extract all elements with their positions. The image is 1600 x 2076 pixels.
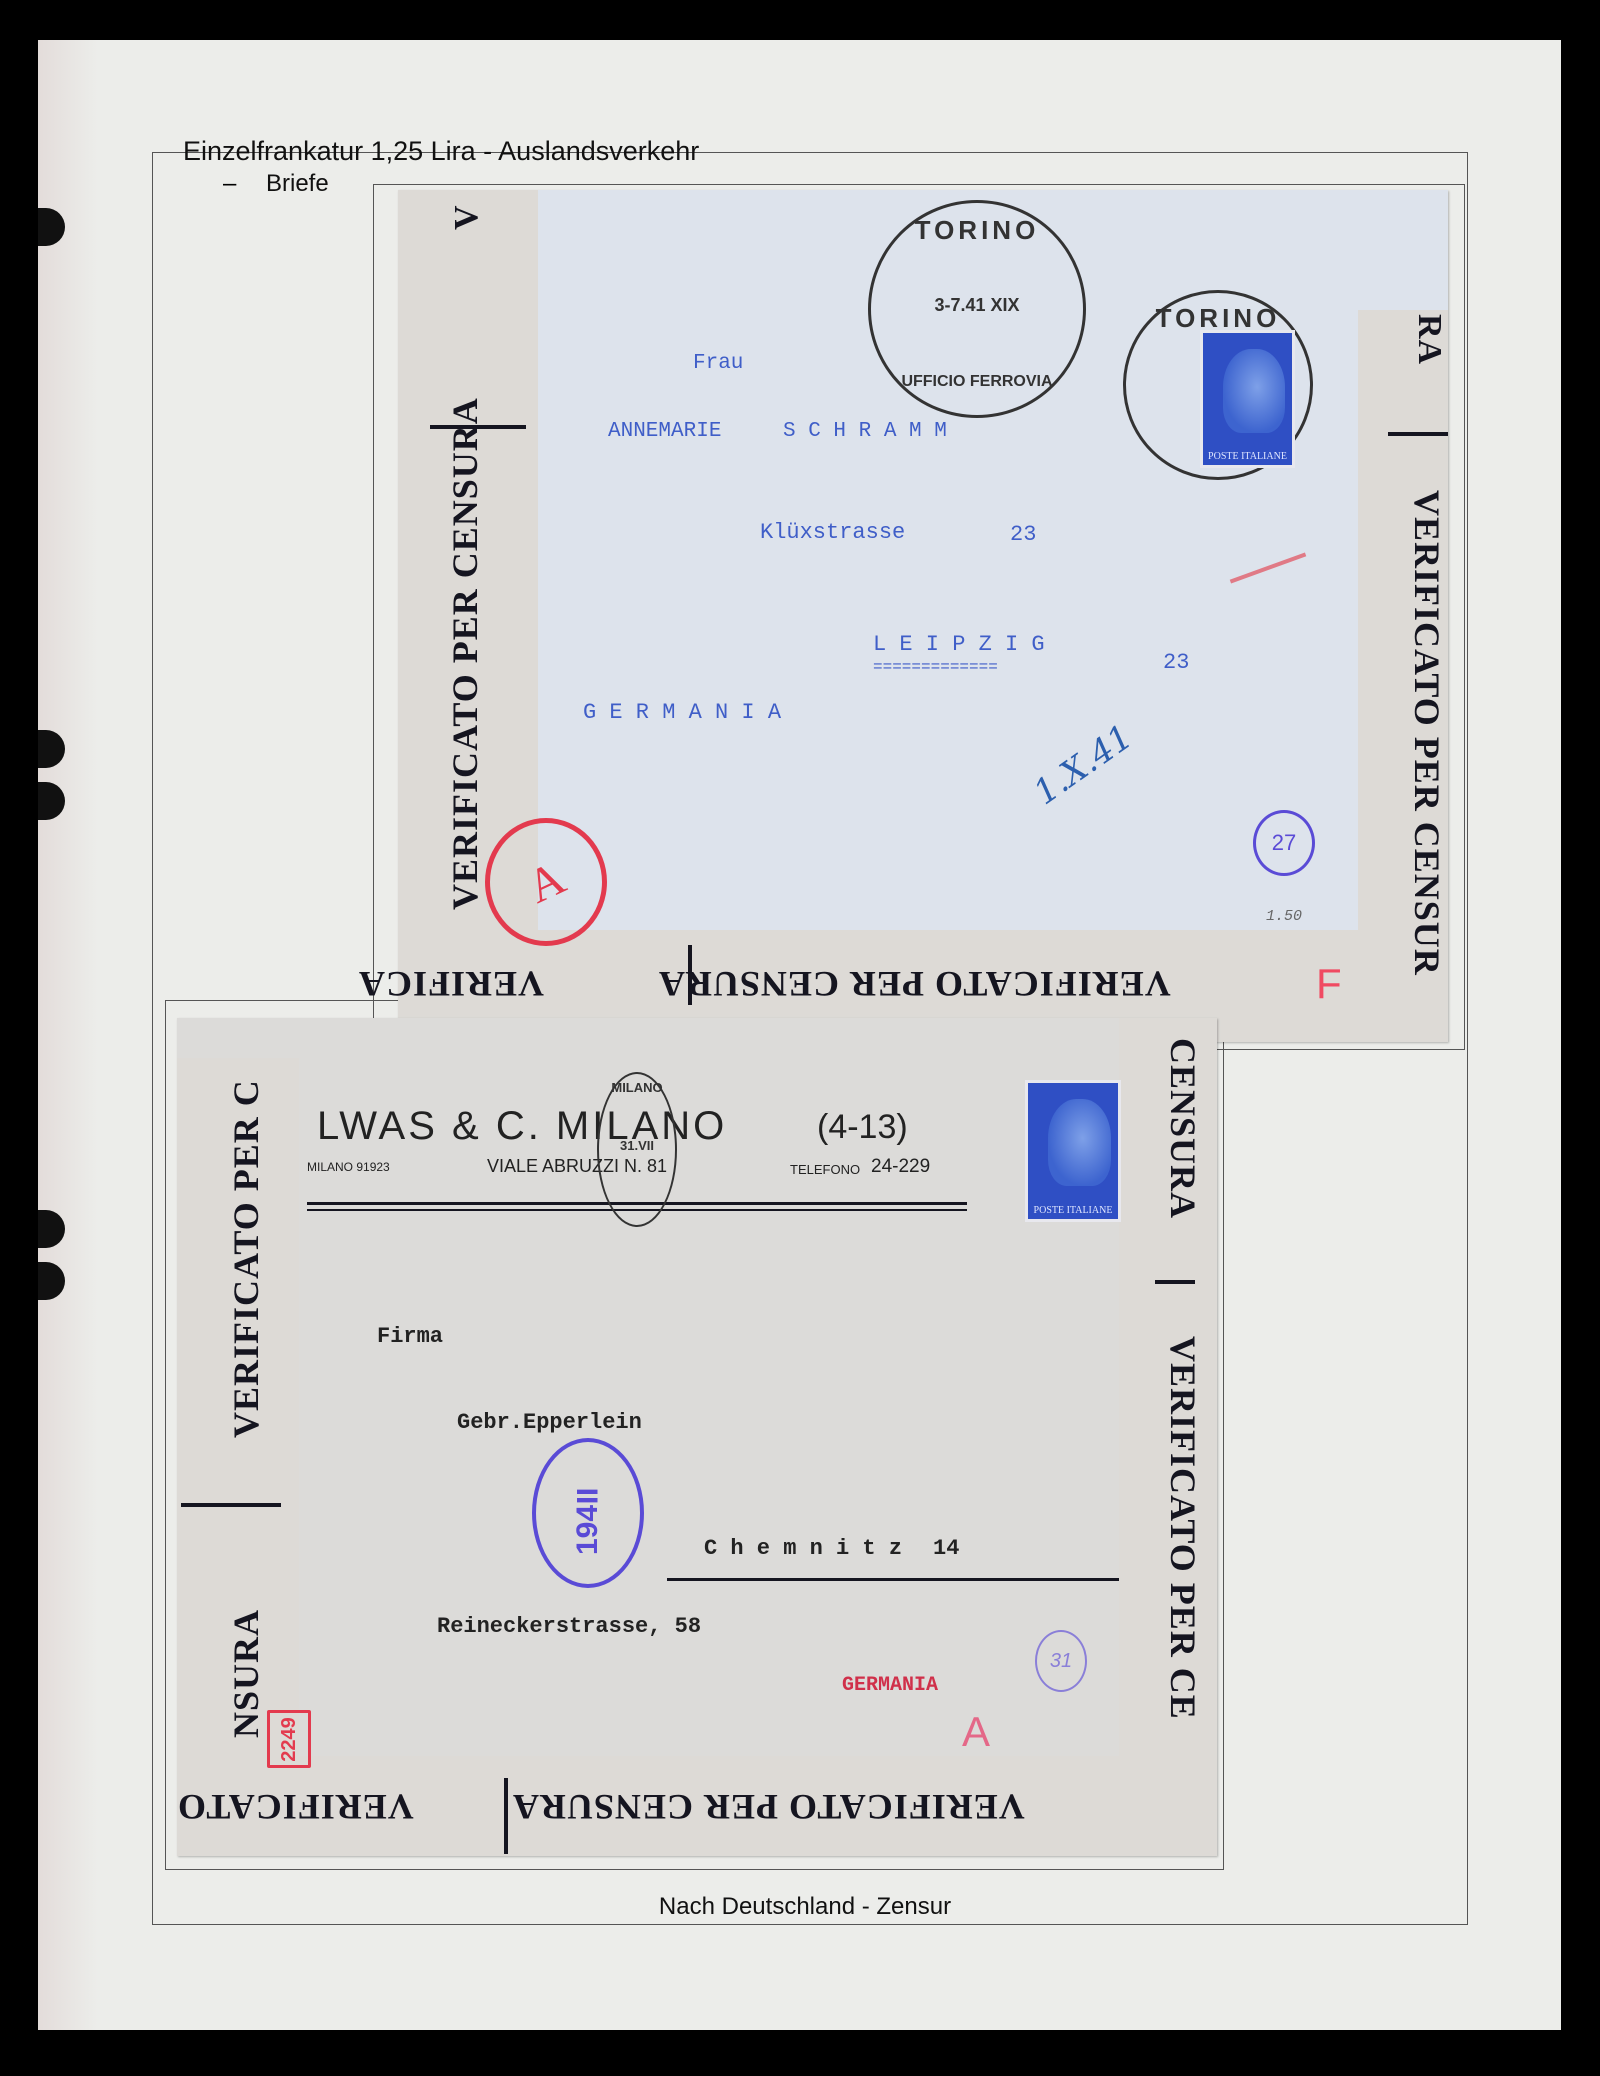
addr-company: Gebr.Epperlein (457, 1410, 642, 1435)
postmark-torino-ferrovia: TORINO 3-7.41 XIX UFFICIO FERROVIA (868, 200, 1086, 418)
addr-street: Reineckerstrasse, 58 (437, 1614, 701, 1639)
letterhead-phone-label: TELEFONO (790, 1162, 860, 1177)
addr-city-underline: ============= (873, 658, 998, 676)
censor-mark-red-circle: A (485, 818, 607, 946)
strip-divider (1388, 432, 1448, 436)
addr-city: L E I P Z I G (873, 632, 1045, 657)
censor-mark-31: 31 (1035, 1630, 1087, 1692)
strip-label: VERIFICATO PER CENSURA (658, 963, 1171, 1005)
envelope-1[interactable]: V VERIFICATO PER CENSURA RA VERIFICATO P… (398, 190, 1448, 1042)
addr-salutation: Firma (377, 1324, 443, 1349)
strip-divider (181, 1503, 281, 1507)
strip-label: CENSURA (1162, 1038, 1204, 1219)
handwritten-date: 1.X.41 (1027, 717, 1141, 813)
letterhead-left-info: MILANO 91923 (307, 1160, 390, 1174)
page-footer: Nach Deutschland - Zensur (0, 1893, 1600, 1921)
strip-label: VERIFICATO PER C (225, 1079, 267, 1438)
postage-stamp: POSTE ITALIANE (1025, 1080, 1121, 1222)
addr-postcode: 23 (1163, 650, 1189, 675)
addr-salutation: Frau (693, 352, 743, 375)
city-underline (667, 1578, 1119, 1581)
addr-name-last: S C H R A M M (783, 420, 947, 443)
addr-street-no: 23 (1010, 522, 1036, 547)
addr-postcode: 14 (933, 1536, 959, 1561)
censor-mark-27: 27 (1253, 810, 1315, 876)
addr-name-first: ANNEMARIE (608, 420, 721, 443)
envelope-2[interactable]: VERIFICATO PER C NSURA 2249 CENSURA VERI… (177, 1018, 1217, 1856)
addr-city: C h e m n i t z (704, 1536, 902, 1561)
strip-label: V (448, 204, 486, 230)
strip-label: VERIFICATO (177, 1786, 414, 1828)
postage-stamp: POSTE ITALIANE (1200, 330, 1295, 468)
strip-label: VERIFICATO PER CENSUR (1406, 490, 1448, 976)
addr-street: Klüxstrasse (760, 520, 905, 545)
red-letter-mark: A (962, 1708, 990, 1756)
postmark-milano: MILANO 31.VII (597, 1072, 677, 1227)
page-edge-tint (38, 40, 98, 2030)
pencil-price-note: 1.50 (1266, 908, 1302, 925)
strip-divider (504, 1778, 508, 1854)
addr-country: G E R M A N I A (583, 700, 781, 725)
strip-label: RA (1410, 314, 1448, 365)
strip-label: VERIFICATO PER CENSURA (444, 397, 486, 910)
letterhead-code: (4-13) (817, 1108, 908, 1147)
censor-mark-194: II 194 (532, 1438, 644, 1588)
censor-box-2249: 2249 (267, 1710, 311, 1768)
strip-label: VERIFICATO PER CE (1162, 1336, 1204, 1720)
red-pencil-mark (1230, 552, 1307, 583)
letterhead-phone: 24-229 (871, 1156, 930, 1178)
strip-divider (1155, 1280, 1195, 1284)
subtitle-dash: – (223, 170, 236, 198)
strip-label: VERIFICATO PER CENSURA (512, 1786, 1025, 1828)
strip-divider (688, 945, 692, 1005)
page-title: Einzelfrankatur 1,25 Lira - Auslandsverk… (183, 136, 699, 167)
strip-label: NSURA (225, 1609, 267, 1738)
red-letter-mark: F (1316, 960, 1342, 1008)
strip-label: VERIFICA (358, 963, 544, 1005)
page-subtitle: Briefe (266, 170, 329, 198)
addr-country: GERMANIA (842, 1674, 938, 1697)
